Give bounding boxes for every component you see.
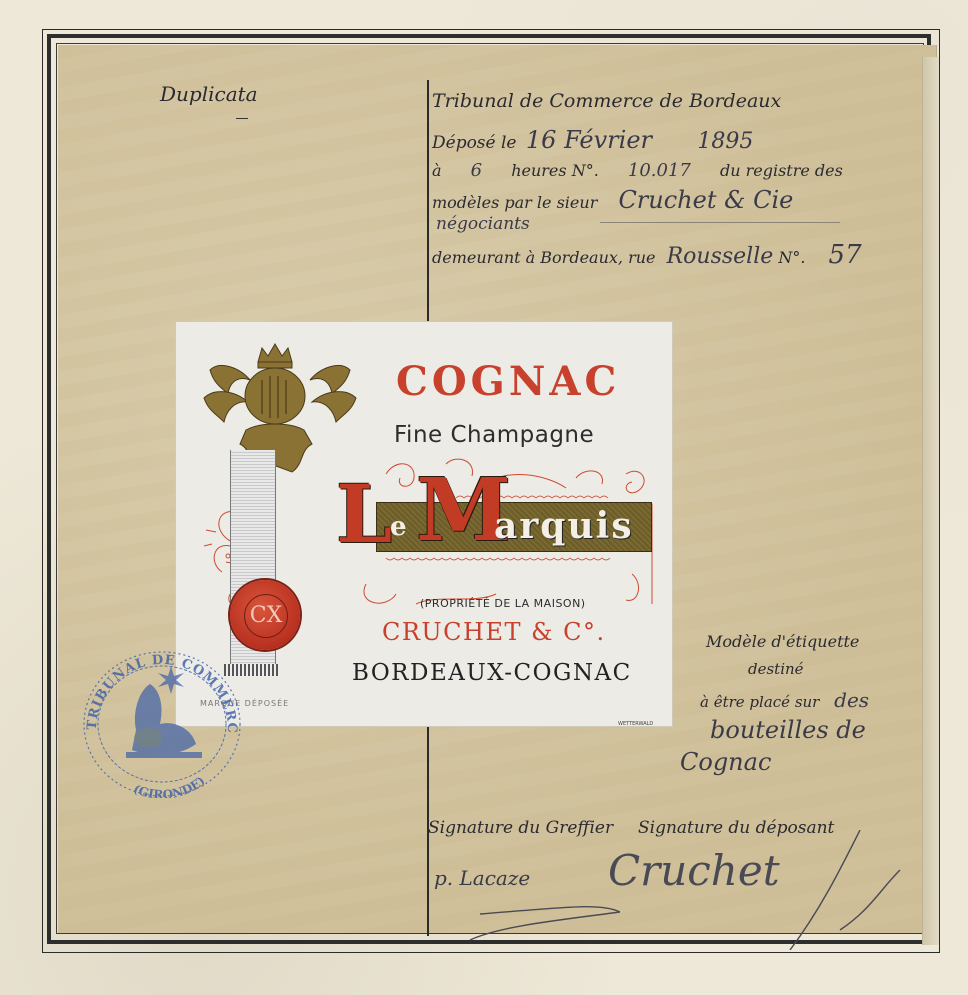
register-label: du registre des <box>720 161 843 180</box>
brand-initial-l: L <box>336 474 392 554</box>
at-label: à <box>432 161 442 180</box>
clerk-signature: p. Lacaze <box>434 866 530 890</box>
description-line-2: destiné <box>748 660 804 678</box>
duplicata-annotation: Duplicata <box>160 82 258 106</box>
depositor-name: Cruchet & Cie <box>618 186 793 214</box>
clerk-signature-label: Signature du Greffier <box>428 818 613 838</box>
property-note: (PROPRIÉTÉ DE LA MAISON) <box>420 597 586 610</box>
description-line-4: bouteilles de <box>710 716 866 744</box>
deposit-date-line: Déposé le 16 Février 1895 <box>432 126 753 154</box>
trademark-notice: MARQUE DÉPOSÉE <box>200 699 289 708</box>
register-number: 10.017 <box>628 160 691 181</box>
label-subtitle: Fine Champagne <box>394 422 594 448</box>
description-line-3-handwritten: des <box>834 688 869 712</box>
description-line-5: Cognac <box>680 748 771 776</box>
depositor-line: modèles par le sieur Cruchet & Cie <box>432 186 793 214</box>
brand-letter-e: e <box>390 512 407 542</box>
description-line-3: à être placé sur des <box>700 688 869 712</box>
depositor-signature-label: Signature du déposant <box>638 818 834 838</box>
profession-rule <box>600 222 840 223</box>
depositor-signature: Cruchet <box>608 846 780 895</box>
deposit-hour-line: à 6 heures N°. 10.017 du registre des <box>432 160 843 181</box>
printer-mark: WETTERWALD <box>618 721 653 726</box>
deposit-hour: 6 <box>471 160 482 181</box>
deposited-label: Déposé le <box>432 133 517 153</box>
deposit-date: 16 Février <box>526 126 652 154</box>
street-name: Rousselle <box>667 244 774 269</box>
company-location: BORDEAUX-COGNAC <box>352 660 632 686</box>
ribbon-fringe <box>224 664 280 676</box>
number-label: N°. <box>572 161 599 180</box>
residence-line: demeurant à Bordeaux, rue Rousselle N°. … <box>432 240 862 270</box>
street-number-label: N°. <box>778 248 805 267</box>
label-title: COGNAC <box>396 358 620 405</box>
street-number: 57 <box>829 240 862 270</box>
duplicata-underline <box>236 118 248 119</box>
sheet-edge <box>922 57 939 945</box>
court-heading: Tribunal de Commerce de Bordeaux <box>432 90 781 112</box>
cognac-label: CX COGNAC Fine Champagne L e M arquis (P… <box>176 322 672 726</box>
description-line-1: Modèle d'étiquette <box>706 632 859 651</box>
brand-name-rest: arquis <box>494 505 634 547</box>
seal-monogram: CX <box>244 594 288 638</box>
wax-seal-icon: CX <box>230 580 300 650</box>
description-line-3-printed: à être placé sur <box>700 693 819 711</box>
hours-label: heures <box>511 161 566 180</box>
models-label: modèles par le sieur <box>432 193 597 212</box>
deposit-year: 1895 <box>697 129 753 154</box>
profession: négociants <box>436 214 530 234</box>
residence-label: demeurant à Bordeaux, rue <box>432 248 656 267</box>
company-name: CRUCHET & C°. <box>382 618 606 646</box>
